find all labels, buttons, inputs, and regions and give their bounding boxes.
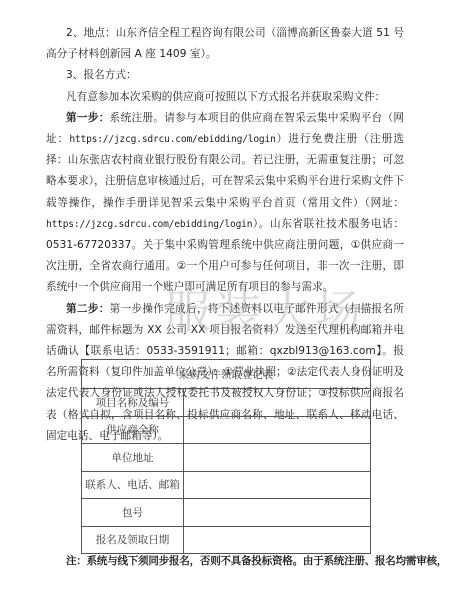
intro-paragraph: 凡有意参加本次采购的供应商可按照以下方式报名并获取采购文件： — [46, 87, 404, 108]
location-paragraph: 2、地点：山东齐信全程工程咨询有限公司（淄博高新区鲁泰大道 51 号高分子材料创… — [46, 23, 404, 65]
table-row: 报名及领取日期 — [82, 526, 371, 554]
manual-url-link[interactable]: https://jzcg.sdrcu.com/ebidding/login — [46, 219, 252, 230]
step1-paragraph: 第一步：系统注册。请参与本项目的供应商在智采云集中采购平台（网址：https:/… — [46, 108, 404, 299]
row-value-date — [184, 526, 371, 554]
table-row: 供应商全称 — [82, 416, 371, 444]
row-value-address — [184, 444, 371, 472]
row-value-package — [184, 499, 371, 527]
location-label: 2、地点： — [66, 27, 116, 39]
row-value-contact — [184, 471, 371, 499]
table-title-row: 采购文件领取登记表 — [82, 360, 371, 389]
table-row: 包号 — [82, 499, 371, 527]
table-row: 联系人、电话、邮箱 — [82, 471, 371, 499]
row-label-contact: 联系人、电话、邮箱 — [82, 471, 184, 499]
platform-url-link[interactable]: https://jzcg.sdrcu.com/ebidding/login — [69, 134, 275, 145]
row-label-supplier: 供应商全称 — [82, 416, 184, 444]
row-label-project: 项目名称及编号 — [82, 389, 184, 417]
note-text: 注：系统与线下须同步报名，否则不具备投标资格。由于系统注册、报名均需审核， — [66, 551, 406, 572]
registration-method-heading: 3、报名方式： — [46, 65, 404, 86]
row-value-supplier — [184, 416, 371, 444]
table-title: 采购文件领取登记表 — [82, 360, 371, 389]
row-label-package: 包号 — [82, 499, 184, 527]
step2-label: 第二步： — [66, 303, 110, 315]
registration-table: 采购文件领取登记表 项目名称及编号 供应商全称 单位地址 联系人、电话、邮箱 包… — [81, 359, 371, 554]
row-label-date: 报名及领取日期 — [82, 526, 184, 554]
table-row: 项目名称及编号 — [82, 389, 371, 417]
table-row: 单位地址 — [82, 444, 371, 472]
step1-label: 第一步： — [66, 112, 110, 124]
row-label-address: 单位地址 — [82, 444, 184, 472]
row-value-project — [184, 389, 371, 417]
